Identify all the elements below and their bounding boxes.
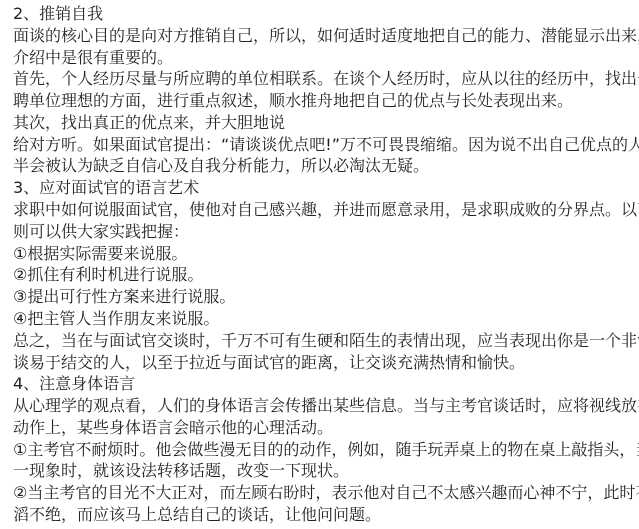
paragraph-line: 谈易于结交的人，以至于拉近与面试官的距离，让交谈充满热情和愉快。	[13, 352, 625, 374]
section-heading: 2、推销自我	[13, 3, 625, 25]
list-item: ①根据实际需要来说服。	[13, 243, 625, 265]
paragraph-line: 面谈的核心目的是向对方推销自己，所以，如何适时适度地把自己的能力、潜能显示出来，…	[13, 25, 625, 47]
list-item: ③提出可行性方案来进行说服。	[13, 286, 625, 308]
list-item: ①主考官不耐烦时。他会做些漫无目的的动作，例如，随手玩弄桌上的物在桌上敲指头，当…	[13, 439, 625, 461]
paragraph-line: 其次，找出真正的优点来，并大胆地说	[13, 112, 625, 134]
paragraph-line: 一现象时，就该设法转移话题，改变一下现状。	[13, 460, 625, 482]
document-body: 2、推销自我 面谈的核心目的是向对方推销自己，所以，如何适时适度地把自己的能力、…	[0, 0, 625, 526]
paragraph-line: 给对方听。如果面试官提出：“请谈谈优点吧!”万不可畏畏缩缩。因为说不出自己优点的…	[13, 134, 625, 156]
paragraph-line: 首先，个人经历尽量与所应聘的单位相联系。在谈个人经历时，应从以往的经历中，找出合…	[13, 68, 625, 90]
paragraph-line: 半会被认为缺乏自信心及自我分析能力，所以必淘汰无疑。	[13, 155, 625, 177]
paragraph-line: 滔不绝，而应该马上总结自己的谈话，让他问问题。	[13, 504, 625, 526]
paragraph-line: 动作上，某些身体语言会暗示他的心理活动。	[13, 417, 625, 439]
paragraph-line: 求职中如何说服面试官，使他对自己感兴趣，并进而愿意录用，是求职成败的分界点。以下…	[13, 199, 625, 221]
paragraph-line: 从心理学的观点看，人们的身体语言会传播出某些信息。当与主考官谈话时，应将视线放在…	[13, 395, 625, 417]
list-item: ②抓住有利时机进行说服。	[13, 264, 625, 286]
paragraph-line: 则可以供大家实践把握：	[13, 221, 625, 243]
section-heading: 4、注意身体语言	[13, 373, 625, 395]
paragraph-line: 介绍中是很有重要的。	[13, 47, 625, 69]
paragraph-line: 聘单位理想的方面，进行重点叙述，顺水推舟地把自己的优点与长处表现出来。	[13, 90, 625, 112]
list-item: ②当主考官的目光不大正对，而左顾右盼时，表示他对自己不太感兴趣而心神不宁，此时不…	[13, 482, 625, 504]
list-item: ④把主管人当作朋友来说服。	[13, 308, 625, 330]
section-heading: 3、应对面试官的语言艺术	[13, 177, 625, 199]
paragraph-line: 总之，当在与面试官交谈时，千万不可有生硬和陌生的表情出现，应当表现出你是一个非常…	[13, 330, 625, 352]
